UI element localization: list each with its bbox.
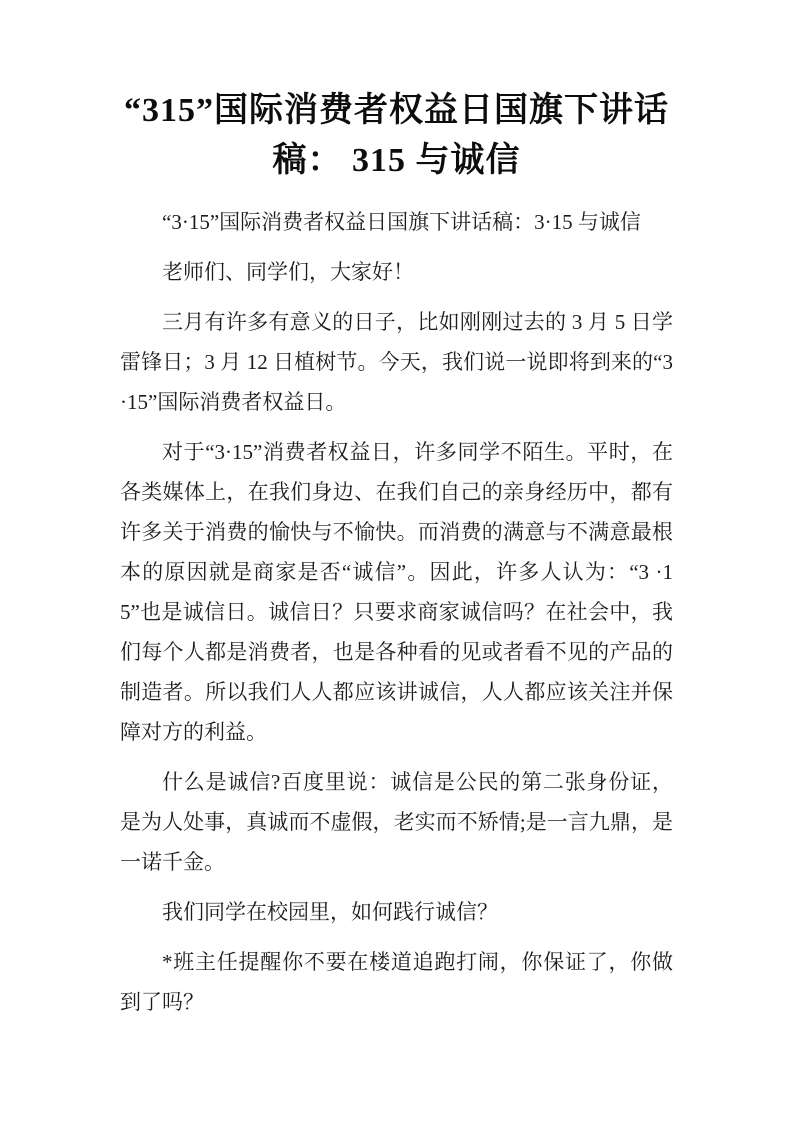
document-title: “315”国际消费者权益日国旗下讲话 稿： 315 与诚信 [120,86,673,186]
paragraph-subtitle: “3·15”国际消费者权益日国旗下讲话稿：3·15 与诚信 [120,202,673,242]
paragraph-greeting: 老师们、同学们，大家好！ [120,252,673,292]
paragraph-campus-question: 我们同学在校园里，如何践行诚信？ [120,892,673,932]
document-title-line-2: 稿： 315 与诚信 [120,136,673,186]
paragraph-integrity-definition: 什么是诚信?百度里说：诚信是公民的第二张身份证，是为人处事，真诚而不虚假，老实而… [120,762,673,882]
document-page: “315”国际消费者权益日国旗下讲话 稿： 315 与诚信 “3·15”国际消费… [0,0,793,1122]
paragraph-consumer-rights: 对于“3·15”消费者权益日，许多同学不陌生。平时，在各类媒体上，在我们身边、在… [120,432,673,752]
paragraph-march-days: 三月有许多有意义的日子，比如刚刚过去的 3 月 5 日学雷锋日；3 月 12 日… [120,302,673,422]
paragraph-teacher-reminder: *班主任提醒你不要在楼道追跑打闹，你保证了，你做到了吗？ [120,942,673,1022]
document-title-line-1: “315”国际消费者权益日国旗下讲话 [120,86,673,136]
